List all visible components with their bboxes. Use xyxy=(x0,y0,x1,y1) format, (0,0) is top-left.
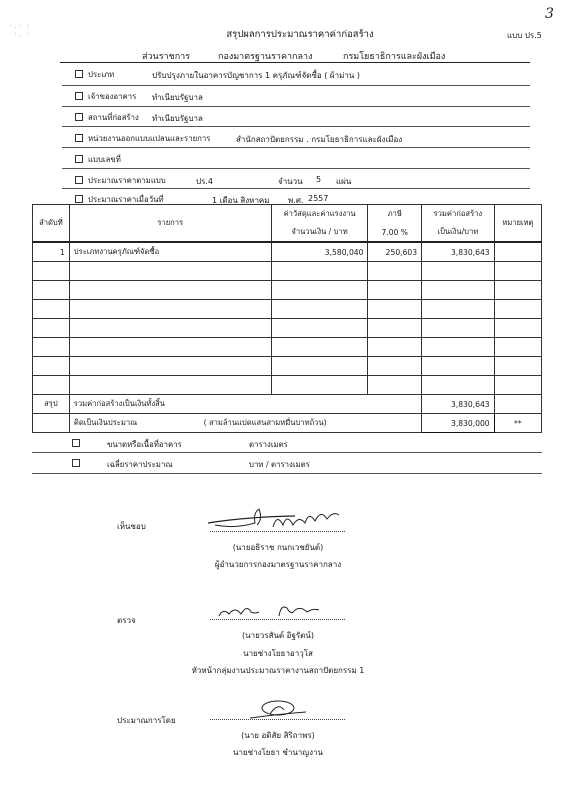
table-row xyxy=(33,281,542,300)
agency-label: ส่วนราชการ xyxy=(142,49,190,63)
info-value-plan-form: ปร.4 xyxy=(196,175,213,188)
checkbox-icon xyxy=(75,155,83,163)
info-row-location: สถานที่ก่อสร้าง xyxy=(75,112,139,124)
table-row xyxy=(33,319,542,338)
row-tax xyxy=(368,319,422,338)
row-seq xyxy=(33,300,70,319)
approx-cell: คิดเป็นเงินประมาณ ( สามล้านแปดแสนสามหมื่… xyxy=(69,414,421,433)
header-item: รายการ xyxy=(69,205,271,243)
review-role: ตรวจ xyxy=(117,614,136,627)
checkbox-icon xyxy=(72,439,85,448)
row-tax xyxy=(368,357,422,376)
signature-line xyxy=(210,531,345,532)
divider xyxy=(62,106,530,107)
table-row xyxy=(33,262,542,281)
page-number: 3 xyxy=(545,6,554,22)
document-title: สรุปผลการประมาณราคาค่าก่อสร้าง xyxy=(200,27,400,42)
header-total: รวมค่าก่อสร้าง xyxy=(422,205,495,224)
summary-total-row: สรุป รวมค่าก่อสร้างเป็นเงินทั้งสิ้น 3,83… xyxy=(33,395,542,414)
signature-line xyxy=(210,619,345,620)
table-row: 1ประเภทงานครุภัณฑ์จัดซื้อ3,580,040250,60… xyxy=(33,242,542,262)
grand-total-label: รวมค่าก่อสร้างเป็นเงินทั้งสิ้น xyxy=(69,395,421,414)
approx-value: 3,830,000 xyxy=(422,414,495,433)
row-material xyxy=(271,376,368,395)
header-material: ค่าวัสดุและค่าแรงงาน xyxy=(271,205,368,224)
summary-label: สรุป xyxy=(33,395,70,414)
divider xyxy=(32,452,542,453)
info-row-type: ประเภท xyxy=(75,69,114,81)
divider xyxy=(62,188,530,189)
estimator-name: (นาย อดิสัย สิริถาพร) xyxy=(158,729,398,742)
checkbox-icon xyxy=(75,70,83,78)
agency-division: กองมาตรฐานราคากลาง xyxy=(218,49,312,63)
checkbox-icon xyxy=(75,195,83,203)
table-row xyxy=(33,357,542,376)
approver-name: (นายอธิราช กนกเวชยันต์) xyxy=(158,541,398,554)
table-row xyxy=(33,376,542,395)
row-tax xyxy=(368,376,422,395)
row-remark xyxy=(494,262,541,281)
avg-price-label: เฉลี่ยราคาประมาณ xyxy=(107,459,173,471)
row-seq xyxy=(33,319,70,338)
row-material xyxy=(271,319,368,338)
row-tax xyxy=(368,338,422,357)
row-material xyxy=(271,357,368,376)
row-remark xyxy=(494,376,541,395)
row-material xyxy=(271,300,368,319)
summary-approx-row: คิดเป็นเงินประมาณ ( สามล้านแปดแสนสามหมื่… xyxy=(33,414,542,433)
row-total xyxy=(422,300,495,319)
row-material: 3,580,040 xyxy=(271,242,368,262)
checkbox-icon xyxy=(75,176,83,184)
info-value-owner: ทำเนียบรัฐบาล xyxy=(152,91,203,104)
approver-title: ผู้อำนวยการกองมาตรฐานราคากลาง xyxy=(158,558,398,571)
checkbox-icon xyxy=(75,92,83,100)
row-remark xyxy=(494,300,541,319)
row-seq xyxy=(33,262,70,281)
header-tax: ภาษี xyxy=(368,205,422,224)
checkbox-icon xyxy=(75,134,83,142)
row-item xyxy=(69,262,271,281)
row-tax: 250,603 xyxy=(368,242,422,262)
row-seq xyxy=(33,357,70,376)
reviewer-title: นายช่างโยธาอาวุโส xyxy=(158,647,398,660)
row-remark xyxy=(494,281,541,300)
header-material-unit: จำนวนเงิน / บาท xyxy=(271,223,368,242)
estimator-role: ประมาณการโดย xyxy=(117,714,176,727)
reviewer-name: (นายวรสันต์ อิฐรัตน์) xyxy=(158,629,398,642)
sheet-count-label: จำนวน xyxy=(278,175,303,188)
header-remark: หมายเหตุ xyxy=(494,205,541,243)
signature-reviewer xyxy=(215,600,335,620)
row-total xyxy=(422,357,495,376)
approx-words: ( สามล้านแปดแสนสามหมื่นบาทถ้วน) xyxy=(204,418,327,427)
row-item xyxy=(69,376,271,395)
scan-noise: ·.· : ·. · xyxy=(10,22,31,38)
cost-summary-table: ลำดับที่ รายการ ค่าวัสดุและค่าแรงงาน ภาษ… xyxy=(32,204,542,433)
divider xyxy=(62,85,530,86)
estimator-title: นายช่างโยธา ชำนาญงาน xyxy=(158,746,398,759)
checkbox-icon xyxy=(72,459,85,468)
form-code: แบบ ปร.5 xyxy=(507,29,542,42)
row-tax xyxy=(368,262,422,281)
row-remark xyxy=(494,357,541,376)
divider xyxy=(62,126,530,127)
row-material xyxy=(271,338,368,357)
row-seq: 1 xyxy=(33,242,70,262)
agency-department: กรมโยธาธิการและผังเมือง xyxy=(343,49,445,63)
row-total: 3,830,643 xyxy=(422,242,495,262)
row-total xyxy=(422,376,495,395)
info-row-plan-number: แบบเลขที่ xyxy=(75,154,121,166)
info-row-estimate-by-plan: ประมาณราคาตามแบบ xyxy=(75,175,166,187)
building-area-unit: ตารางเมตร xyxy=(249,439,288,451)
table-row xyxy=(33,338,542,357)
row-item xyxy=(69,281,271,300)
row-total xyxy=(422,319,495,338)
row-tax xyxy=(368,300,422,319)
signature-line xyxy=(210,719,345,720)
row-total xyxy=(422,338,495,357)
divider xyxy=(62,168,530,169)
info-row-designer: หน่วยงานออกแบบแปลนและรายการ xyxy=(75,133,210,145)
row-remark xyxy=(494,242,541,262)
signature-estimator xyxy=(240,698,320,720)
header-seq: ลำดับที่ xyxy=(33,205,70,243)
row-remark xyxy=(494,338,541,357)
approve-role: เห็นชอบ xyxy=(117,520,146,533)
signature-approver xyxy=(205,505,345,533)
row-remark xyxy=(494,319,541,338)
info-row-owner: เจ้าของอาคาร xyxy=(75,91,136,103)
row-seq xyxy=(33,338,70,357)
row-item xyxy=(69,338,271,357)
checkbox-icon xyxy=(75,113,83,121)
divider xyxy=(60,62,530,63)
row-item xyxy=(69,319,271,338)
row-item: ประเภทงานครุภัณฑ์จัดซื้อ xyxy=(69,242,271,262)
year-value: 2557 xyxy=(308,194,328,203)
header-total-unit: เป็นเงิน/บาท xyxy=(422,223,495,242)
sheet-count-unit: แผ่น xyxy=(336,175,351,188)
divider xyxy=(32,473,542,474)
header-tax-rate: 7.00 % xyxy=(368,223,422,242)
approx-label: คิดเป็นเงินประมาณ xyxy=(74,418,137,427)
row-material xyxy=(271,281,368,300)
row-item xyxy=(69,357,271,376)
row-seq xyxy=(33,281,70,300)
info-value-type: ปรับปรุงภายในอาคารบัญชาการ 1 ครุภัณฑ์จัด… xyxy=(152,69,360,82)
reviewer-title-2: หัวหน้ากลุ่มงานประมาณราคางานสถาปัตยกรรม … xyxy=(148,664,408,677)
info-value-designer: สำนักสถาปัตยกรรม . กรมโยธาธิการและผังเมื… xyxy=(236,133,402,146)
row-material xyxy=(271,262,368,281)
row-total xyxy=(422,281,495,300)
grand-total-value: 3,830,643 xyxy=(422,395,495,414)
row-seq xyxy=(33,376,70,395)
info-value-location: ทำเนียบรัฐบาล xyxy=(152,112,203,125)
avg-price-unit: บาท / ตารางเมตร xyxy=(249,459,310,471)
approx-remark: ** xyxy=(494,414,541,433)
row-item xyxy=(69,300,271,319)
divider xyxy=(62,147,530,148)
table-row xyxy=(33,300,542,319)
row-total xyxy=(422,262,495,281)
row-tax xyxy=(368,281,422,300)
building-area-label: ขนาดหรือเนื้อที่อาคาร xyxy=(107,439,182,451)
sheet-count-value: 5 xyxy=(316,175,321,184)
